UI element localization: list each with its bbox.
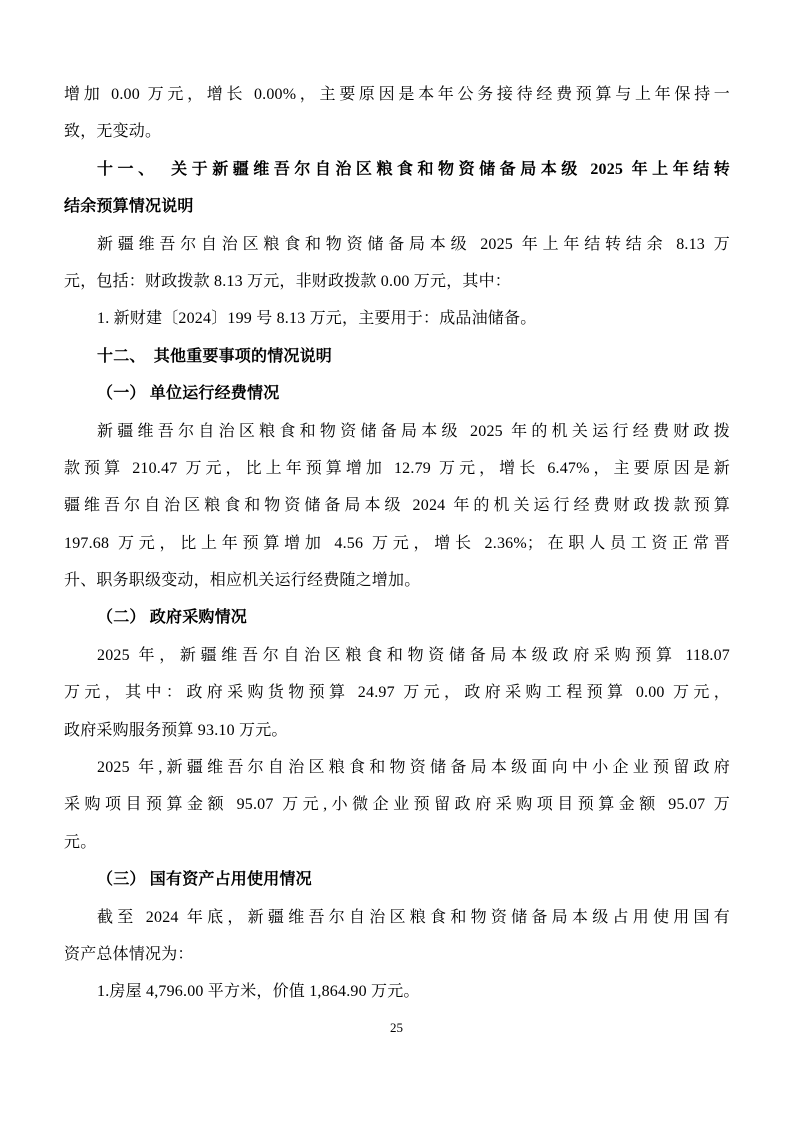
numbered-item-line: 1.房屋 4,796.00 平方米，价值 1,864.90 万元。 xyxy=(64,973,730,1010)
section-heading-11-cont: 结余预算情况说明 xyxy=(64,188,730,225)
subsection-heading-2: （二） 政府采购情况 xyxy=(64,599,730,636)
section-heading-12: 十二、 其他重要事项的情况说明 xyxy=(64,338,730,375)
page-number: 25 xyxy=(0,1018,793,1038)
paragraph-line: 采购项目预算金额 95.07 万元,小微企业预留政府采购项目预算金额 95.07… xyxy=(64,786,730,823)
paragraph-line: 新疆维吾尔自治区粮食和物资储备局本级 2025 年的机关运行经费财政拨 xyxy=(64,413,730,450)
section-heading-11: 十一、 关于新疆维吾尔自治区粮食和物资储备局本级 2025 年上年结转 xyxy=(64,151,730,188)
paragraph-line: 款预算 210.47 万元，比上年预算增加 12.79 万元，增长 6.47%，… xyxy=(64,450,730,487)
subsection-heading-1: （一） 单位运行经费情况 xyxy=(64,375,730,412)
paragraph-line: 万元，其中：政府采购货物预算 24.97 万元，政府采购工程预算 0.00 万元… xyxy=(64,674,730,711)
paragraph-line: 致，无变动。 xyxy=(64,113,730,150)
paragraph-line: 2025 年,新疆维吾尔自治区粮食和物资储备局本级面向中小企业预留政府 xyxy=(64,749,730,786)
numbered-item-line: 1. 新财建〔2024〕199 号 8.13 万元，主要用于：成品油储备。 xyxy=(64,300,730,337)
paragraph-line: 截至 2024 年底，新疆维吾尔自治区粮食和物资储备局本级占用使用国有 xyxy=(64,899,730,936)
subsection-heading-3: （三） 国有资产占用使用情况 xyxy=(64,861,730,898)
paragraph-line: 升、职务职级变动，相应机关运行经费随之增加。 xyxy=(64,562,730,599)
document-page: 增加 0.00 万元，增长 0.00%，主要原因是本年公务接待经费预算与上年保持… xyxy=(0,0,793,1122)
paragraph-line: 2025 年，新疆维吾尔自治区粮食和物资储备局本级政府采购预算 118.07 xyxy=(64,637,730,674)
paragraph-line: 元。 xyxy=(64,824,730,861)
paragraph-line: 资产总体情况为： xyxy=(64,936,730,973)
paragraph-line: 疆维吾尔自治区粮食和物资储备局本级 2024 年的机关运行经费财政拨款预算 xyxy=(64,487,730,524)
paragraph-line: 政府采购服务预算 93.10 万元。 xyxy=(64,712,730,749)
document-body: 增加 0.00 万元，增长 0.00%，主要原因是本年公务接待经费预算与上年保持… xyxy=(64,76,730,1011)
paragraph-line: 元，包括：财政拨款 8.13 万元，非财政拨款 0.00 万元，其中： xyxy=(64,263,730,300)
paragraph-line: 增加 0.00 万元，增长 0.00%，主要原因是本年公务接待经费预算与上年保持… xyxy=(64,76,730,113)
paragraph-line: 新疆维吾尔自治区粮食和物资储备局本级 2025 年上年结转结余 8.13 万 xyxy=(64,226,730,263)
paragraph-line: 197.68 万元，比上年预算增加 4.56 万元，增长 2.36%；在职人员工… xyxy=(64,525,730,562)
